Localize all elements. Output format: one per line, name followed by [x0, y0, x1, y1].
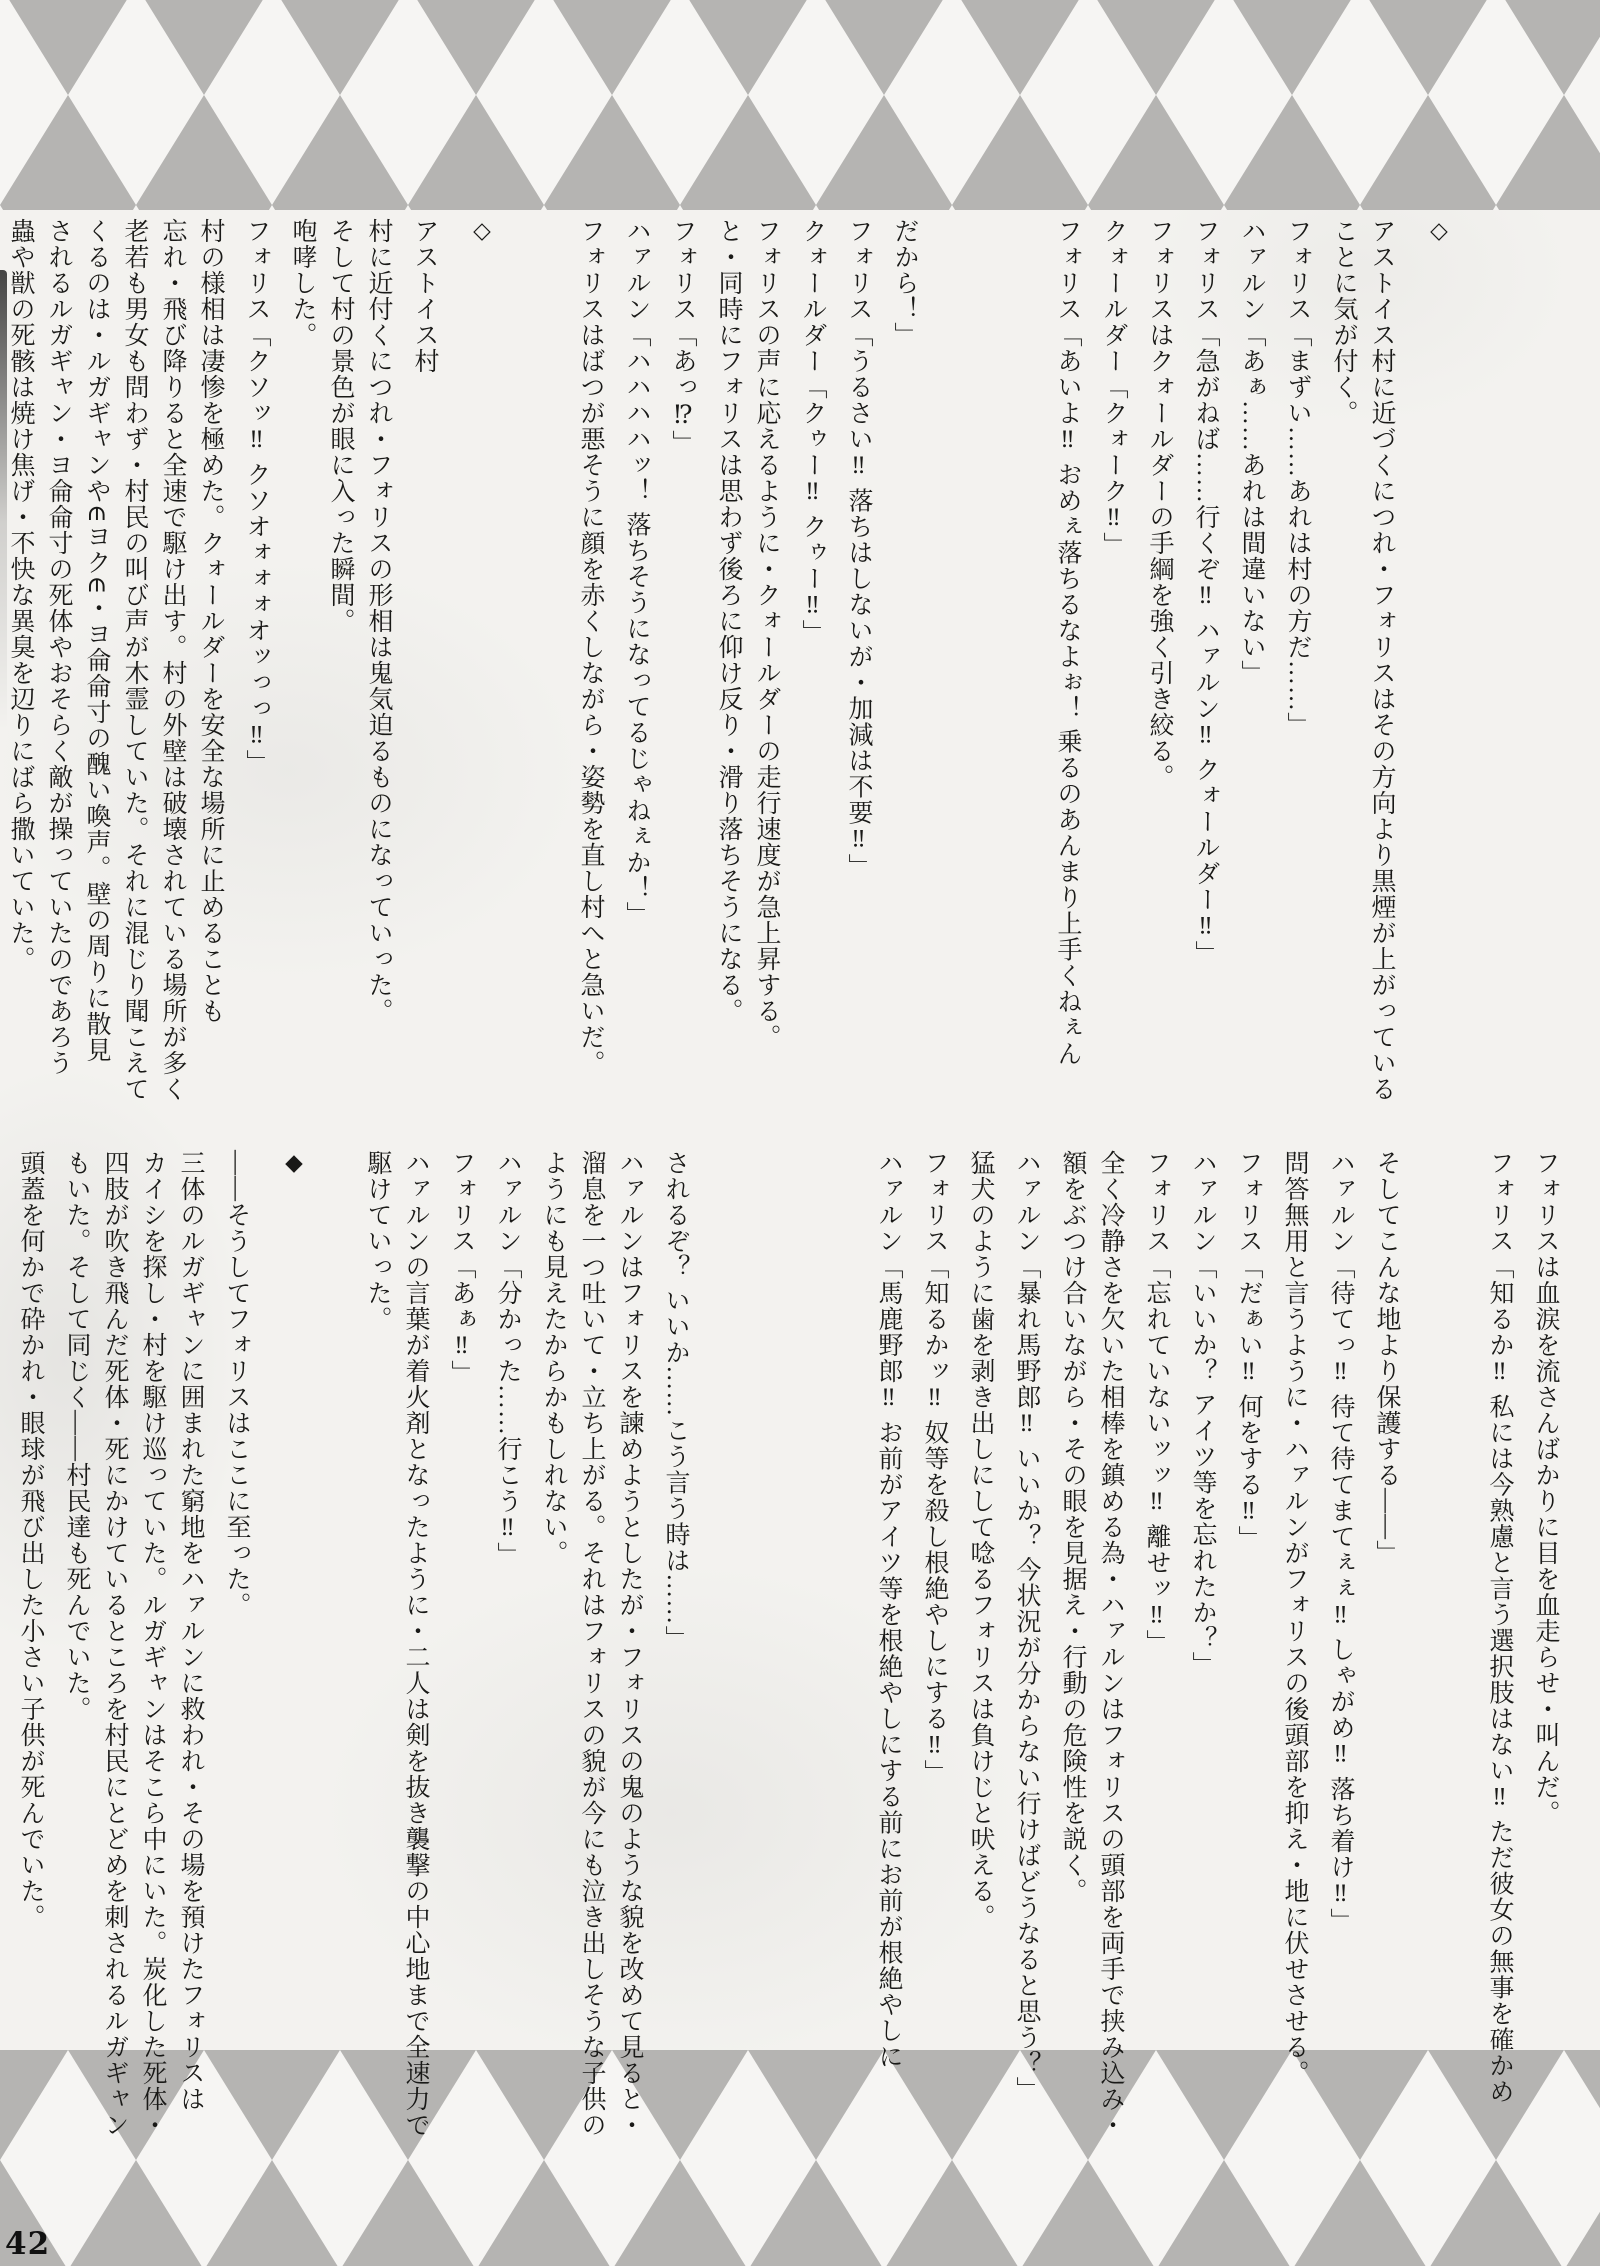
text-column: だから！」 [885, 218, 1048, 1148]
text-column: フォリス「あっ⁉」 [663, 218, 701, 1148]
text-column: フォリス「知るかッ‼ 奴等を殺し根絶やしにする‼」 [915, 1150, 953, 2090]
text-column: 全く冷静さを欠いた相棒を鎮める為・ハァルンはフォリスの頭部を両手で挟み込み・ [1091, 1150, 1129, 2090]
text-column: フォリス「クソッ‼ クソオォォォオッっっ‼」 [237, 218, 275, 1148]
text-column: ハァルン「いいか？ アイツ等を忘れたか？」 [1183, 1150, 1221, 2090]
text-column: ハァルンの言葉が着火剤となったように・二人は剣を抜き襲撃の中心地まで全速力で [396, 1150, 434, 2090]
text-column: と・同時にフォリスは思わず後ろに仰け反り・滑り落ちそうになる。 [709, 218, 747, 1148]
text-column: 老若も男女も問わず・村民の叫び声が木霊していた。それに混じり聞こえて [115, 218, 153, 1148]
text-column: カイシを探し・村を駆け巡っていた。ルガギャンはそこら中にいた。炭化した死体・ [133, 1150, 171, 2090]
text-column: ハァルン「暴れ馬野郎‼ いいか？ 今状況が分からない行けばどうなると思う？」 [1007, 1150, 1045, 2090]
text-column: フォリスはクォールダーの手綱を強く引き絞る。 [1140, 218, 1178, 1148]
text-column: クォールダー「クゥー‼ クゥー‼」 [793, 218, 831, 1148]
text-column: フォリス「知るか‼ 私には今熟慮と言う選択肢はない‼ ただ彼女の無事を確かめ [1480, 1150, 1518, 2090]
text-column: ハァルン「馬鹿野郎‼ お前がアイツ等を根絶やしにする前にお前が根絶やしに [869, 1150, 907, 2090]
text-column: されるぞ？ いいか……こう言う時は……」 [656, 1150, 869, 2090]
text-column: ことに気が付く。 [1324, 218, 1362, 1148]
text-column: 頸動脈を食い千切られ・血の海に沈んだまま男が死んでいた。 [0, 1150, 3, 2090]
text-column: 四肢が吹き飛んだ死体・死にかけているところを村民にとどめを刺されるルガギャン [95, 1150, 133, 2090]
text-column: そしてこんな地より保護する――」 [1367, 1150, 1480, 2090]
section-diamond-marker: ◇ [463, 218, 551, 1148]
text-column: 猛犬のように歯を剥き出しにして唸るフォリスは負けじと吠える。 [961, 1150, 999, 2090]
text-column: クォールダー「クォーク‼」 [1094, 218, 1132, 1148]
section-diamond-marker: ◆ [275, 1150, 338, 2090]
text-column: フォリス「うるさい‼ 落ちはしないが・加減は不要‼」 [839, 218, 877, 1148]
page-number: 42 [5, 2226, 50, 2262]
text-block-scene-2: フォリスは血涙を流さんばかりに目を血走らせ・叫んだ。フォリス「知るか‼ 私には今… [0, 1150, 1564, 2090]
text-column: そして村の景色が眼に入った瞬間。 [321, 218, 359, 1148]
text-column: アストイス村に近づくにつれ・フォリスはその方向より黒煙が上がっている [1362, 218, 1400, 1148]
text-column: 村の様相は凄惨を極めた。クォールダーを安全な場所に止めることも [191, 218, 229, 1148]
top-diamond-border [0, 0, 1600, 210]
text-column: 溜息を一つ吐いて・立ち上がる。それはフォリスの貌が今にも泣き出しそうな子供の [572, 1150, 610, 2090]
text-column: されるルガギャン・ヨ侖侖寸の死体やおそらく敵が操っていたのであろう [39, 218, 77, 1148]
text-column: フォリス「あいよ‼ おめぇ落ちるなよぉ！ 乗るのあんまり上手くねぇん [1048, 218, 1086, 1148]
text-column: 三体のルガギャンに囲まれた窮地をハァルンに救われ・その場を預けたフォリスは [171, 1150, 209, 2090]
text-column: 咆哮した。 [283, 218, 321, 1148]
text-column: フォリス「まずい……あれは村の方だ……」 [1278, 218, 1316, 1148]
section-diamond-marker: ◇ [1420, 218, 1508, 1148]
text-column: 村に近付くにつれ・フォリスの形相は鬼気迫るものになっていった。 [359, 218, 397, 1148]
text-column: ハァルンはフォリスを諫めようとしたが・フォリスの鬼のような貌を改めて見ると・ [610, 1150, 648, 2090]
text-column: ハァルン「待てっ‼ 待て待てまてぇぇ‼ しゃがめ‼ 落ち着け‼」 [1321, 1150, 1359, 2090]
text-column: 駆けていった。 [358, 1150, 396, 2090]
text-column: アストイス村 [405, 218, 443, 1148]
text-column: フォリスの声に応えるように・クォールダーの走行速度が急上昇する。 [747, 218, 785, 1148]
text-column: ようにも見えたからかもしれない。 [534, 1150, 572, 2090]
text-column: フォリスは血涙を流さんばかりに目を血走らせ・叫んだ。 [1526, 1150, 1564, 2090]
text-column: フォリス「だぁい‼ 何をする‼」 [1229, 1150, 1267, 2090]
text-column: ハァルン「あぁ……あれは間違いない」 [1232, 218, 1270, 1148]
text-column: ハァルン「分かった……行こう‼」 [488, 1150, 526, 2090]
text-column: もいた。そして同じく――村民達も死んでいた。 [57, 1150, 95, 2090]
text-column: ハァルン「ハハハハッ！ 落ちそうになってるじゃねぇか！」 [617, 218, 655, 1148]
text-block-scene-1: ◇アストイス村に近づくにつれ・フォリスはその方向より黒煙が上がっていることに気が… [0, 218, 1528, 1148]
text-column: ――そうしてフォリスはここに至った。 [217, 1150, 255, 2090]
text-column: フォリスはばつが悪そうに顔を赤くしながら・姿勢を直し村へと急いだ。 [571, 218, 609, 1148]
text-column: 村が襲撃されていることは最早確かめるまでもない事実だった。 [0, 218, 1, 1148]
text-column: 蟲や獣の死骸は焼け焦げ・不快な異臭を辺りにばら撒いていた。 [1, 218, 39, 1148]
text-column: フォリス「あぁ‼」 [442, 1150, 480, 2090]
text-column: 頭蓋を何かで砕かれ・眼球が飛び出した小さい子供が死んでいた。 [11, 1150, 49, 2090]
text-column: 額をぶつけ合いながら・その眼を見据え・行動の危険性を説く。 [1053, 1150, 1091, 2090]
text-column: 忘れ・飛び降りると全速で駆け出す。村の外壁は破壊されている場所が多く [153, 218, 191, 1148]
text-column: くるのは・ルガギャンや∈ヨク∈・ヨ侖侖寸の醜い喚声。壁の周りに散見 [77, 218, 115, 1148]
text-column: フォリス「急がねば……行くぞ‼ ハァルン‼ クォールダー‼」 [1186, 218, 1224, 1148]
text-column: 問答無用と言うように・ハァルンがフォリスの後頭部を抑え・地に伏せさせる。 [1275, 1150, 1313, 2090]
text-column: フォリス「忘れていないッッ‼ 離せッ‼」 [1137, 1150, 1175, 2090]
top-diamond-border-pattern [0, 0, 1600, 210]
